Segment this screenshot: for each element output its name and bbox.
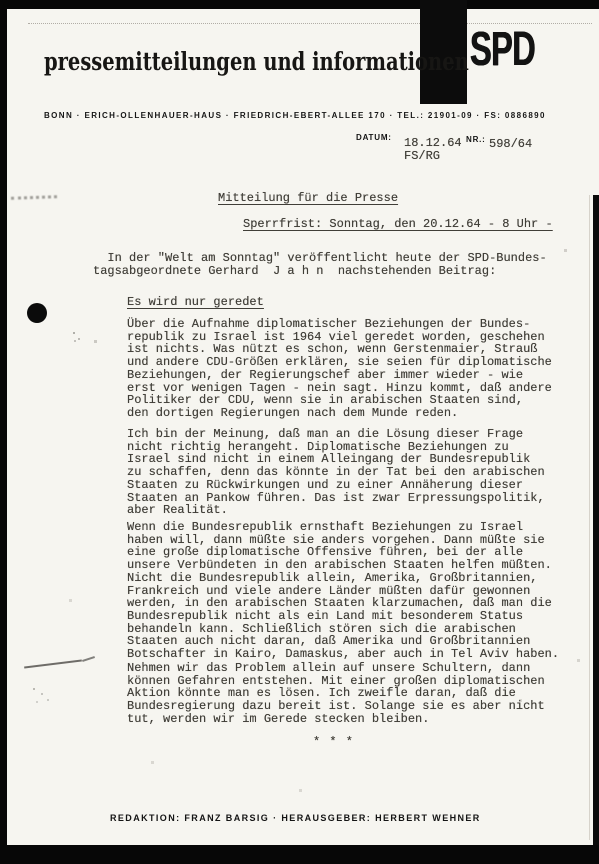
paper-edge-shadow xyxy=(589,195,590,840)
paragraph-3: Wenn die Bundesrepublik ernsthaft Bezieh… xyxy=(127,521,559,661)
scan-right-border xyxy=(593,195,599,845)
paragraph-1: Über die Aufnahme diplomatischer Beziehu… xyxy=(127,318,552,420)
spd-logo: SPD xyxy=(470,26,535,74)
datum-value: 18.12.64 xyxy=(404,137,462,150)
address-line: BONN · ERICH-OLLENHAUER-HAUS · FRIEDRICH… xyxy=(44,111,546,120)
press-notice-title: Mitteilung für die Presse xyxy=(218,192,398,205)
masthead-title: pressemitteilungen und informationen xyxy=(44,47,469,76)
scan-noise-specks xyxy=(0,0,1,1)
scanned-press-release: SPD pressemitteilungen und informationen… xyxy=(0,0,599,864)
paragraph-4: Nehmen wir das Problem allein auf unsere… xyxy=(127,662,545,726)
embargo-line: Sperrfrist: Sonntag, den 20.12.64 - 8 Uh… xyxy=(243,218,553,231)
paper-edge-top-right xyxy=(594,9,599,195)
article-heading: Es wird nur geredet xyxy=(127,296,264,309)
nr-value: 598/64 xyxy=(489,138,532,151)
scan-smudge xyxy=(73,332,75,334)
paragraph-2: Ich bin der Meinung, daß man an die Lösu… xyxy=(127,428,545,517)
scan-smudge xyxy=(33,688,35,690)
reference-code: FS/RG xyxy=(404,150,440,163)
punch-hole xyxy=(27,303,47,323)
intro-paragraph: In der "Welt am Sonntag" veröffentlicht … xyxy=(93,252,547,277)
nr-label: NR.: xyxy=(466,135,486,144)
datum-label: DATUM: xyxy=(356,133,392,142)
footer-credits: REDAKTION: FRANZ BARSIG · HERAUSGEBER: H… xyxy=(110,813,481,823)
closing-asterisks: * * * xyxy=(313,736,354,749)
